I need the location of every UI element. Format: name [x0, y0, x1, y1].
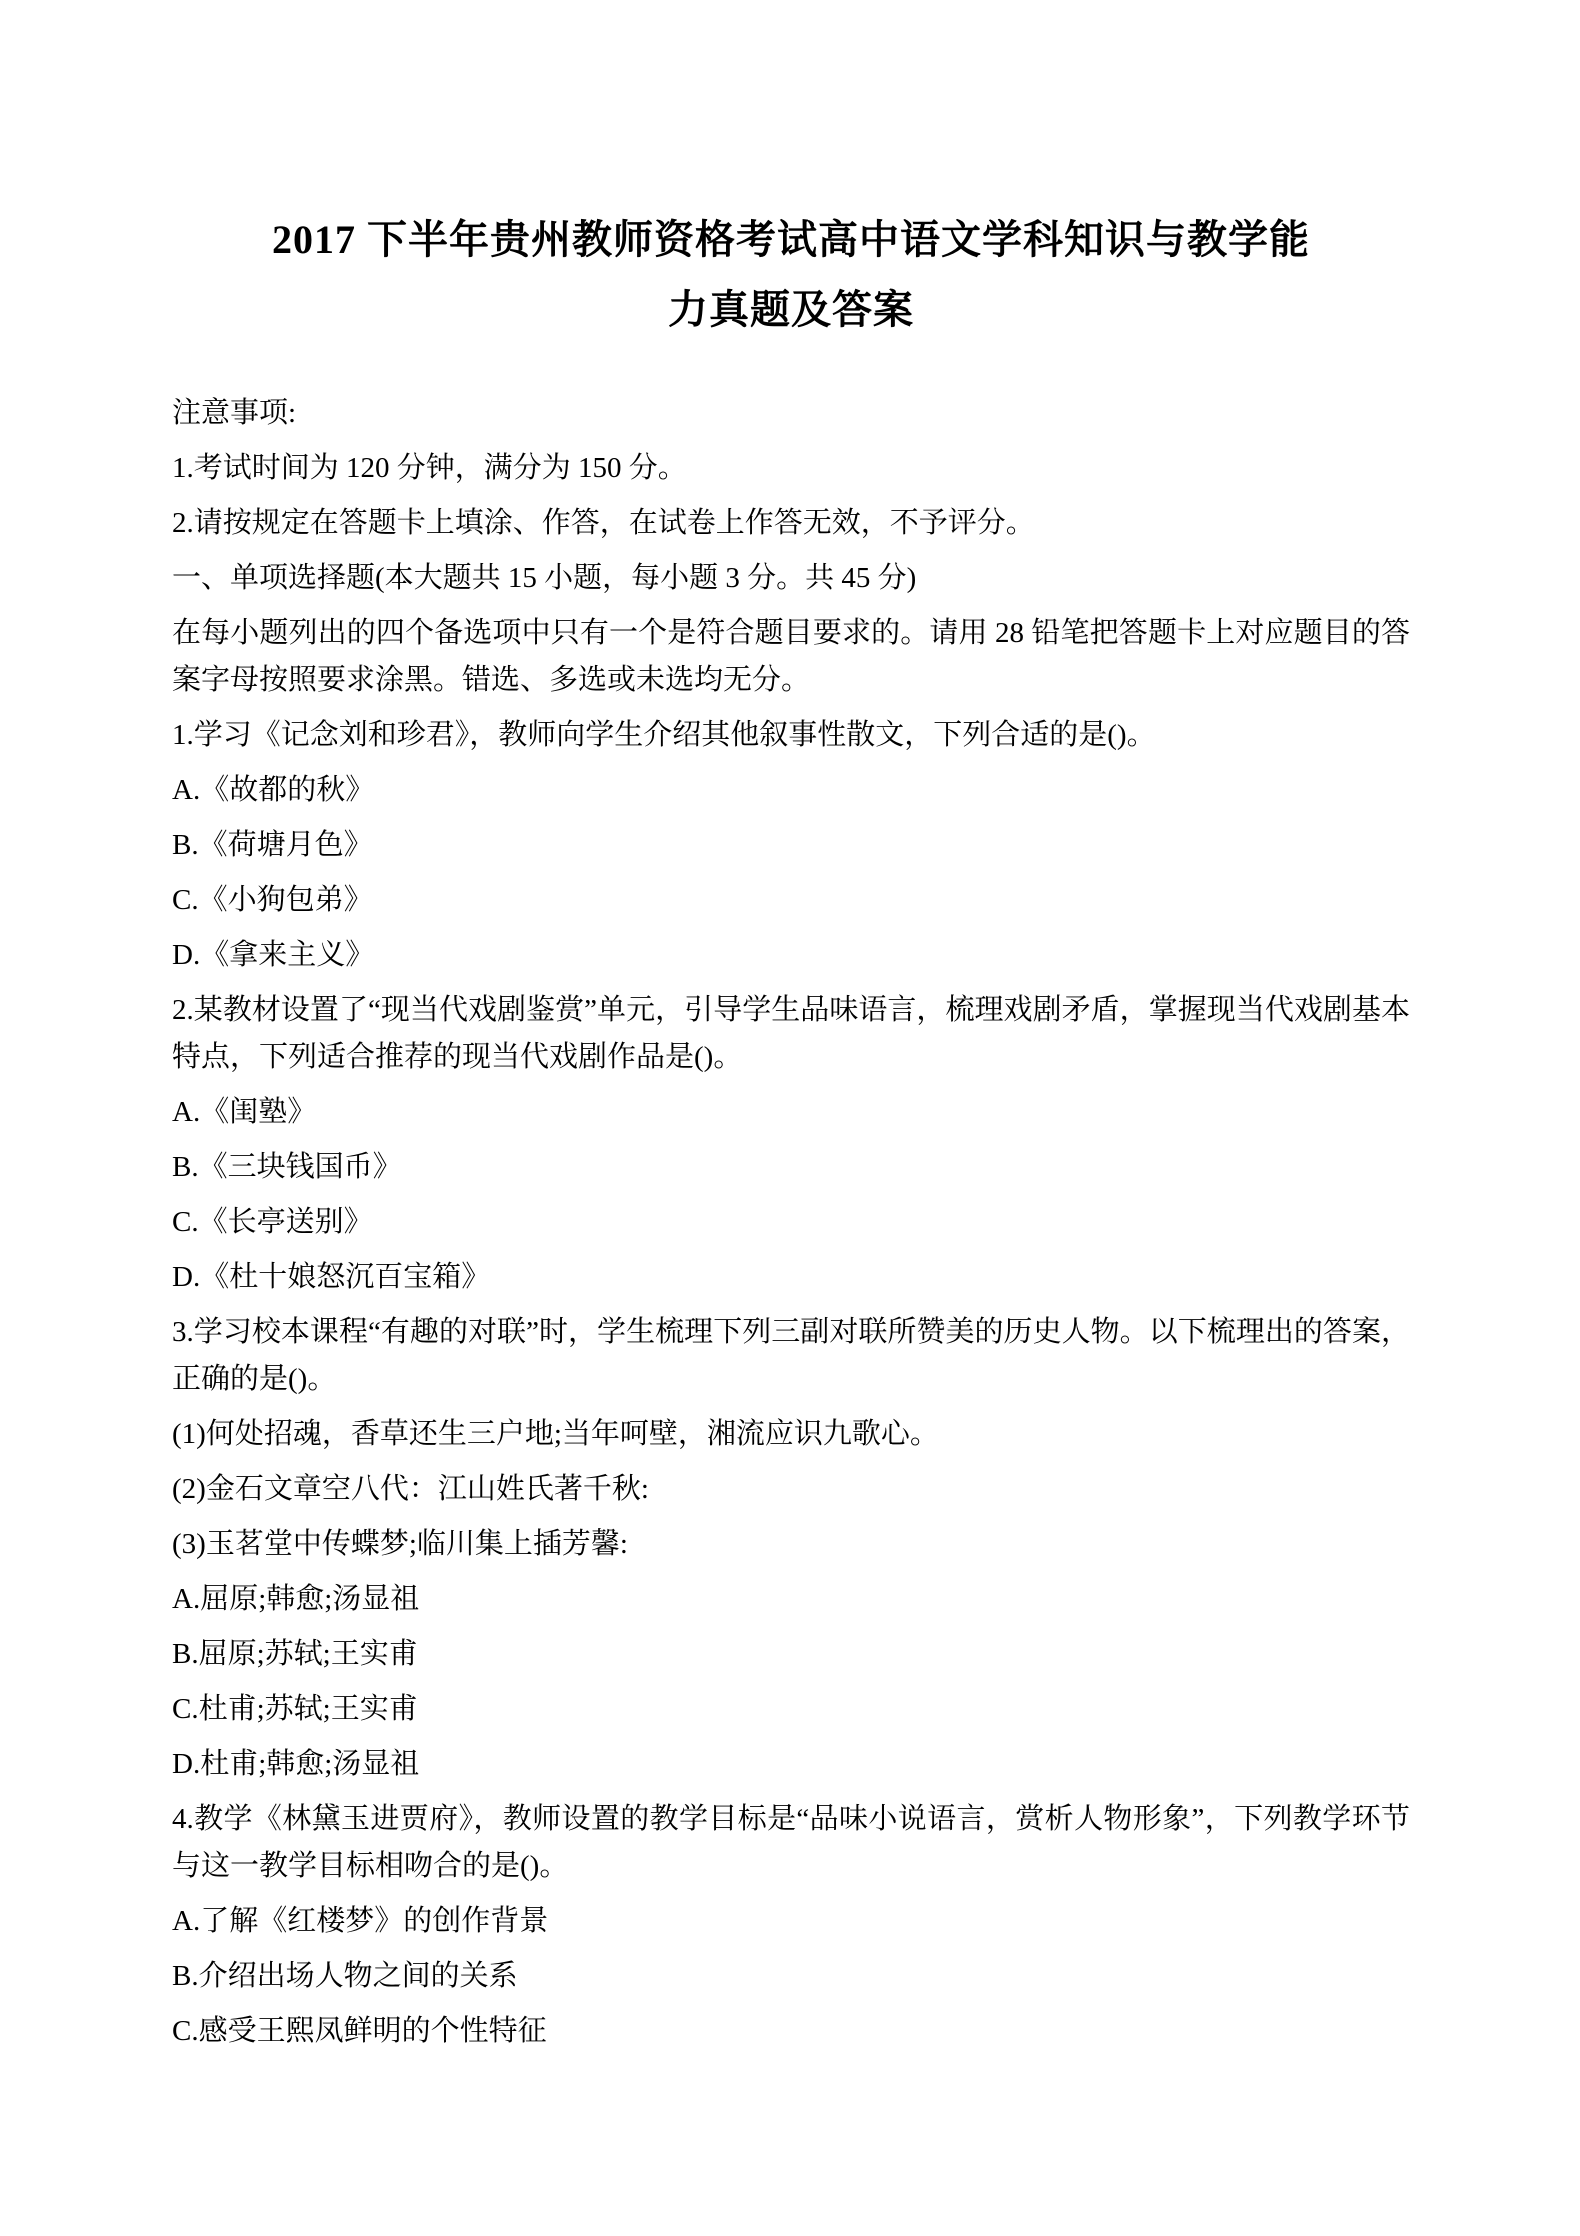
- question-1-option-b: B.《荷塘月色》: [172, 822, 1410, 869]
- question-2: 2.某教材设置了“现当代戏剧鉴赏”单元，引导学生品味语言，梳理戏剧矛盾，掌握现当…: [172, 987, 1410, 1301]
- question-4-option-c: C.感受王熙凤鲜明的个性特征: [172, 2008, 1410, 2055]
- title-line-2: 力真题及答案: [172, 275, 1410, 345]
- question-1-option-c: C.《小狗包弟》: [172, 877, 1410, 924]
- question-3-stem: 3.学习校本课程“有趣的对联”时，学生梳理下列三副对联所赞美的历史人物。以下梳理…: [172, 1309, 1410, 1403]
- title-line-1: 2017 下半年贵州教师资格考试高中语文学科知识与教学能: [172, 205, 1410, 275]
- question-3: 3.学习校本课程“有趣的对联”时，学生梳理下列三副对联所赞美的历史人物。以下梳理…: [172, 1309, 1410, 1788]
- question-4-option-a: A.了解《红楼梦》的创作背景: [172, 1898, 1410, 1945]
- question-3-option-b: B.屈原;苏轼;王实甫: [172, 1631, 1410, 1678]
- question-2-option-a: A.《闺塾》: [172, 1089, 1410, 1136]
- question-2-option-c: C.《长亭送别》: [172, 1199, 1410, 1246]
- question-4-option-b: B.介绍出场人物之间的关系: [172, 1953, 1410, 2000]
- question-4-stem: 4.教学《林黛玉进贾府》，教师设置的教学目标是“品味小说语言，赏析人物形象”，下…: [172, 1796, 1410, 1890]
- question-3-option-c: C.杜甫;苏轼;王实甫: [172, 1686, 1410, 1733]
- question-1-stem: 1.学习《记念刘和珍君》，教师向学生介绍其他叙事性散文，下列合适的是()。: [172, 712, 1410, 759]
- question-2-option-b: B.《三块钱国币》: [172, 1144, 1410, 1191]
- notice-item-1: 1.考试时间为 120 分钟，满分为 150 分。: [172, 445, 1410, 492]
- question-3-couplet-3: (3)玉茗堂中传蝶梦;临川集上插芳馨:: [172, 1521, 1410, 1568]
- notice-item-2: 2.请按规定在答题卡上填涂、作答，在试卷上作答无效，不予评分。: [172, 500, 1410, 547]
- question-2-option-d: D.《杜十娘怒沉百宝箱》: [172, 1254, 1410, 1301]
- notice-heading: 注意事项:: [172, 390, 1410, 437]
- document-title: 2017 下半年贵州教师资格考试高中语文学科知识与教学能 力真题及答案: [172, 205, 1410, 345]
- document-body: 注意事项: 1.考试时间为 120 分钟，满分为 150 分。 2.请按规定在答…: [172, 390, 1410, 2055]
- question-1-option-a: A.《故都的秋》: [172, 767, 1410, 814]
- section-1-heading: 一、单项选择题(本大题共 15 小题，每小题 3 分。共 45 分): [172, 555, 1410, 602]
- document-page: 2017 下半年贵州教师资格考试高中语文学科知识与教学能 力真题及答案 注意事项…: [0, 0, 1580, 2236]
- question-1-option-d: D.《拿来主义》: [172, 932, 1410, 979]
- section-1-description: 在每小题列出的四个备选项中只有一个是符合题目要求的。请用 28 铅笔把答题卡上对…: [172, 610, 1410, 704]
- question-2-stem: 2.某教材设置了“现当代戏剧鉴赏”单元，引导学生品味语言，梳理戏剧矛盾，掌握现当…: [172, 987, 1410, 1081]
- question-3-option-d: D.杜甫;韩愈;汤显祖: [172, 1741, 1410, 1788]
- question-3-couplet-2: (2)金石文章空八代：江山姓氏著千秋:: [172, 1466, 1410, 1513]
- question-4: 4.教学《林黛玉进贾府》，教师设置的教学目标是“品味小说语言，赏析人物形象”，下…: [172, 1796, 1410, 2055]
- question-1: 1.学习《记念刘和珍君》，教师向学生介绍其他叙事性散文，下列合适的是()。 A.…: [172, 712, 1410, 979]
- question-3-option-a: A.屈原;韩愈;汤显祖: [172, 1576, 1410, 1623]
- question-3-couplet-1: (1)何处招魂，香草还生三户地;当年呵壁，湘流应识九歌心。: [172, 1411, 1410, 1458]
